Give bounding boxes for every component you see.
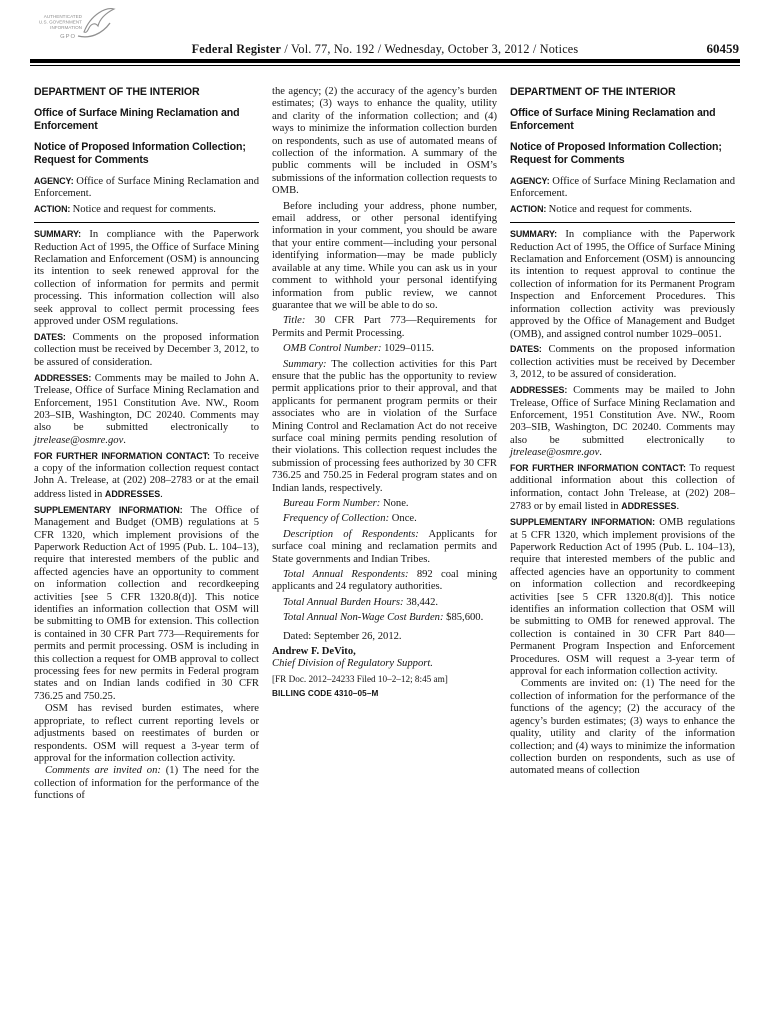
labeled-paragraph: SUPPLEMENTARY INFORMATION: The Office of… <box>34 504 259 704</box>
labeled-paragraph: ADDRESSES: Comments may be mailed to Joh… <box>510 384 735 459</box>
paragraph: Title: 30 CFR Part 773—Requirements for … <box>272 315 497 340</box>
text-segment: 1029–0115. <box>381 343 434 354</box>
column-2: the agency; (2) the accuracy of the agen… <box>272 86 497 701</box>
text-segment: OMB regulations at 5 CFR 1320, which imp… <box>510 517 735 677</box>
labeled-paragraph: SUPPLEMENTARY INFORMATION: OMB regulatio… <box>510 516 735 678</box>
text-segment: . <box>676 501 679 512</box>
page-number: 60459 <box>707 41 740 57</box>
paragraph: Frequency of Collection: Once. <box>272 513 497 525</box>
section-label: SUPPLEMENTARY INFORMATION: <box>510 517 659 527</box>
journal-title: Federal Register <box>192 42 282 56</box>
text-segment: In compliance with the Paperwork Reducti… <box>510 229 735 339</box>
labeled-paragraph: DATES: Comments on the proposed informat… <box>34 331 259 369</box>
section-label: SUPPLEMENTARY INFORMATION: <box>34 505 190 515</box>
text-segment: Total Annual Burden Hours: <box>283 597 404 608</box>
notice-heading: Notice of Proposed Information Collectio… <box>34 141 259 166</box>
paragraph: Before including your address, phone num… <box>272 201 497 313</box>
dated-line: Dated: September 26, 2012. <box>272 631 497 643</box>
section-label: FOR FURTHER INFORMATION CONTACT: <box>510 463 689 473</box>
section-label: ACTION: <box>34 204 73 214</box>
masthead-rule <box>30 59 740 66</box>
paragraph: the agency; (2) the accuracy of the agen… <box>272 86 497 198</box>
text-segment: OSM has revised burden estimates, where … <box>34 703 259 764</box>
notice-heading: Office of Surface Mining Reclamation and… <box>34 107 259 132</box>
gpo-label: GPO <box>60 34 76 40</box>
labeled-paragraph: FOR FURTHER INFORMATION CONTACT: To requ… <box>510 462 735 514</box>
paragraph: Bureau Form Number: None. <box>272 498 497 510</box>
department-heading: DEPARTMENT OF THE INTERIOR <box>34 86 259 98</box>
thick-rule <box>30 59 740 63</box>
federal-register-page: AUTHENTICATED U.S. GOVERNMENT INFORMATIO… <box>0 0 770 1024</box>
cross-reference: ADDRESSES <box>621 501 676 511</box>
paragraph: OSM has revised burden estimates, where … <box>34 703 259 765</box>
signature-title: Chief Division of Regulatory Support. <box>272 658 497 670</box>
text-segment: Description of Respondents: <box>283 529 419 540</box>
text-segment: Title: <box>283 315 305 326</box>
text-segment: Notice and request for comments. <box>549 204 692 215</box>
text-segment: Total Annual Respondents: <box>283 569 409 580</box>
text-segment: Before including your address, phone num… <box>272 201 497 311</box>
labeled-paragraph: AGENCY: Office of Surface Mining Reclama… <box>510 175 735 201</box>
text-segment: In compliance with the Paperwork Reducti… <box>34 229 259 327</box>
thin-rule <box>30 65 740 66</box>
labeled-paragraph: AGENCY: Office of Surface Mining Reclama… <box>34 175 259 201</box>
section-label: FOR FURTHER INFORMATION CONTACT: <box>34 451 213 461</box>
labeled-paragraph: ADDRESSES: Comments may be mailed to Joh… <box>34 372 259 447</box>
section-label: ADDRESSES: <box>34 373 95 383</box>
paragraph: Total Annual Burden Hours: 38,442. <box>272 597 497 609</box>
section-label: AGENCY: <box>34 176 76 186</box>
text-segment: Frequency of Collection: <box>283 513 389 524</box>
cross-reference: ADDRESSES <box>105 489 160 499</box>
paragraph: Total Annual Non-Wage Cost Burden: $85,6… <box>272 612 497 624</box>
text-segment: jtrelease@osmre.gov <box>510 447 599 458</box>
paragraph: Total Annual Respondents: 892 coal minin… <box>272 569 497 594</box>
section-label: DATES: <box>510 344 549 354</box>
article-columns: DEPARTMENT OF THE INTERIOROffice of Surf… <box>34 86 735 803</box>
section-divider <box>510 222 735 223</box>
authenticated-line-1: AUTHENTICATED <box>44 14 83 19</box>
section-label: ACTION: <box>510 204 549 214</box>
section-label: ADDRESSES: <box>510 385 573 395</box>
eagle-swoosh-icon <box>84 9 114 33</box>
eagle-tail-icon <box>78 23 110 37</box>
labeled-paragraph: DATES: Comments on the proposed informat… <box>510 343 735 381</box>
labeled-paragraph: ACTION: Notice and request for comments. <box>34 203 259 216</box>
billing-code: BILLING CODE 4310–05–M <box>272 688 497 700</box>
text-segment: Bureau Form Number: <box>283 498 380 509</box>
section-label: DATES: <box>34 332 73 342</box>
text-segment: 30 CFR Part 773—Requirements for Permits… <box>272 315 497 338</box>
text-segment: $85,600. <box>444 612 484 623</box>
notice-heading: Office of Surface Mining Reclamation and… <box>510 107 735 132</box>
notice-heading: Notice of Proposed Information Collectio… <box>510 141 735 166</box>
column-3: DEPARTMENT OF THE INTERIOROffice of Surf… <box>510 86 735 778</box>
text-segment: jtrelease@osmre.gov <box>34 435 123 446</box>
text-segment: the agency; (2) the accuracy of the agen… <box>272 86 497 196</box>
text-segment: 38,442. <box>404 597 438 608</box>
labeled-paragraph: SUMMARY: In compliance with the Paperwor… <box>510 228 735 341</box>
labeled-paragraph: SUMMARY: In compliance with the Paperwor… <box>34 228 259 328</box>
labeled-paragraph: ACTION: Notice and request for comments. <box>510 203 735 216</box>
paragraph: Description of Respondents: Applicants f… <box>272 529 497 566</box>
paragraph: Comments are invited on: (1) The need fo… <box>510 678 735 777</box>
text-segment: Comments are invited on: (1) The need fo… <box>510 678 735 776</box>
text-segment: None. <box>380 498 408 509</box>
text-segment: . <box>160 489 163 500</box>
authenticated-line-3: INFORMATION <box>50 25 82 30</box>
section-label: SUMMARY: <box>34 229 89 239</box>
text-segment: . <box>599 447 602 458</box>
department-heading: DEPARTMENT OF THE INTERIOR <box>510 86 735 98</box>
paragraph: Comments are invited on: (1) The need fo… <box>34 765 259 802</box>
text-segment: OMB Control Number: <box>283 343 381 354</box>
paragraph: OMB Control Number: 1029–0115. <box>272 343 497 355</box>
text-segment: Total Annual Non-Wage Cost Burden: <box>283 612 444 623</box>
paragraph: Summary: The collection activities for t… <box>272 359 497 495</box>
section-divider <box>34 222 259 223</box>
fr-doc-line: [FR Doc. 2012–24233 Filed 10–2–12; 8:45 … <box>272 673 497 685</box>
authenticated-line-2: U.S. GOVERNMENT <box>39 20 82 25</box>
issue-info: / Vol. 77, No. 192 / Wednesday, October … <box>281 42 578 56</box>
text-segment: Comments are invited on: <box>45 765 161 776</box>
running-head: Federal Register / Vol. 77, No. 192 / We… <box>80 42 690 57</box>
labeled-paragraph: FOR FURTHER INFORMATION CONTACT: To rece… <box>34 450 259 502</box>
text-segment: Notice and request for comments. <box>73 204 216 215</box>
text-segment: The collection activities for this Part … <box>272 359 497 494</box>
text-segment: Summary: <box>283 359 327 370</box>
signature-name: Andrew F. DeVito, <box>272 646 497 658</box>
section-label: SUMMARY: <box>510 229 565 239</box>
column-1: DEPARTMENT OF THE INTERIOROffice of Surf… <box>34 86 259 803</box>
text-segment: Once. <box>389 513 417 524</box>
text-segment: . <box>123 435 126 446</box>
text-segment: The Office of Management and Budget (OMB… <box>34 505 259 702</box>
section-label: AGENCY: <box>510 176 552 186</box>
